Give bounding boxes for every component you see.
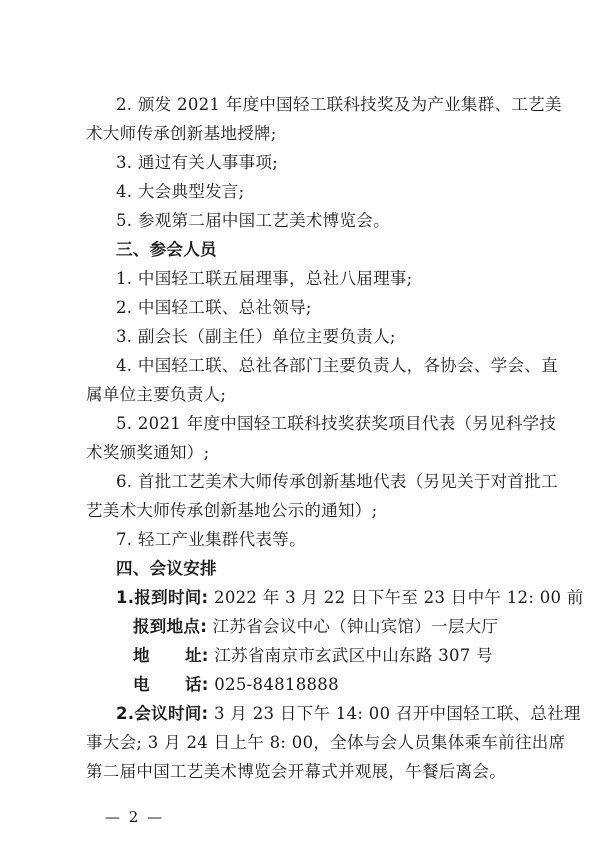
document-page: 2. 颁发 2021 年度中国轻工联科技奖及为产业集群、工艺美 术大师传承创新基…: [0, 0, 600, 848]
agenda-item-4: 4. 大会典型发言;: [116, 182, 245, 202]
registration-time-value: 2022 年 3 月 22 日下午至 23 日中午 12: 00 前: [214, 588, 584, 607]
phone-label-b: 话:: [185, 675, 209, 694]
attendee-item-3: 3. 副会长（副主任）单位主要负责人;: [116, 327, 396, 347]
meeting-number: 2.: [116, 704, 134, 723]
registration-phone: 电话: 025-84818888: [133, 675, 339, 695]
attendee-item-4-line2: 属单位主要负责人;: [86, 385, 226, 405]
registration-number: 1.: [116, 588, 134, 607]
registration-phone-value: 025-84818888: [214, 675, 339, 694]
meeting-time-line2: 事大会; 3 月 24 日上午 8: 00，全体与会人员集体乘车前往出席: [86, 733, 565, 753]
registration-time: 1.报到时间: 2022 年 3 月 22 日下午至 23 日中午 12: 00…: [116, 588, 584, 608]
agenda-item-3: 3. 通过有关人事事项;: [116, 153, 278, 173]
registration-address-value: 江苏省南京市玄武区中山东路 307 号: [214, 646, 493, 665]
attendee-item-2: 2. 中国轻工联、总社领导;: [116, 298, 312, 318]
meeting-time-line3: 第二届中国工艺美术博览会开幕式并观展，午餐后离会。: [86, 762, 506, 782]
attendee-item-1: 1. 中国轻工联五届理事，总社八届理事;: [116, 269, 413, 289]
attendee-item-5-line2: 术奖颁奖通知）;: [86, 443, 209, 463]
registration-address: 地址: 江苏省南京市玄武区中山东路 307 号: [133, 646, 493, 666]
section-heading-attendees: 三、参会人员: [116, 240, 217, 260]
attendee-item-7: 7. 轻工产业集群代表等。: [116, 530, 306, 550]
attendee-item-5-line1: 5. 2021 年度中国轻工联科技奖获奖项目代表（另见科学技: [116, 414, 556, 434]
registration-time-label: 报到时间:: [134, 588, 208, 607]
address-label-a: 地: [133, 646, 185, 666]
attendee-item-4-line1: 4. 中国轻工联、总社各部门主要负责人，各协会、学会、直: [116, 356, 558, 376]
agenda-item-2-line2: 术大师传承创新基地授牌;: [86, 124, 277, 144]
meeting-time-line1: 2.会议时间: 3 月 23 日下午 14: 00 召开中国轻工联、总社理: [116, 704, 581, 724]
agenda-item-2-line1: 2. 颁发 2021 年度中国轻工联科技奖及为产业集群、工艺美: [116, 95, 562, 115]
section-heading-arrangements: 四、会议安排: [116, 559, 217, 579]
phone-label-a: 电: [133, 675, 185, 695]
registration-place-label: 报到地点:: [133, 617, 207, 636]
attendee-item-6-line1: 6. 首批工艺美术大师传承创新基地代表（另见关于对首批工: [116, 472, 558, 492]
attendee-item-6-line2: 艺美术大师传承创新基地公示的通知）;: [86, 501, 377, 521]
meeting-time-label: 会议时间:: [134, 704, 208, 723]
address-label-b: 址:: [185, 646, 209, 665]
meeting-time-value-1: 3 月 23 日下午 14: 00 召开中国轻工联、总社理: [214, 704, 581, 723]
registration-place: 报到地点: 江苏省会议中心（钟山宾馆）一层大厅: [133, 617, 498, 637]
registration-place-value: 江苏省会议中心（钟山宾馆）一层大厅: [213, 617, 499, 636]
agenda-item-5: 5. 参观第二届中国工艺美术博览会。: [116, 211, 390, 231]
page-number: — 2 —: [105, 808, 164, 826]
